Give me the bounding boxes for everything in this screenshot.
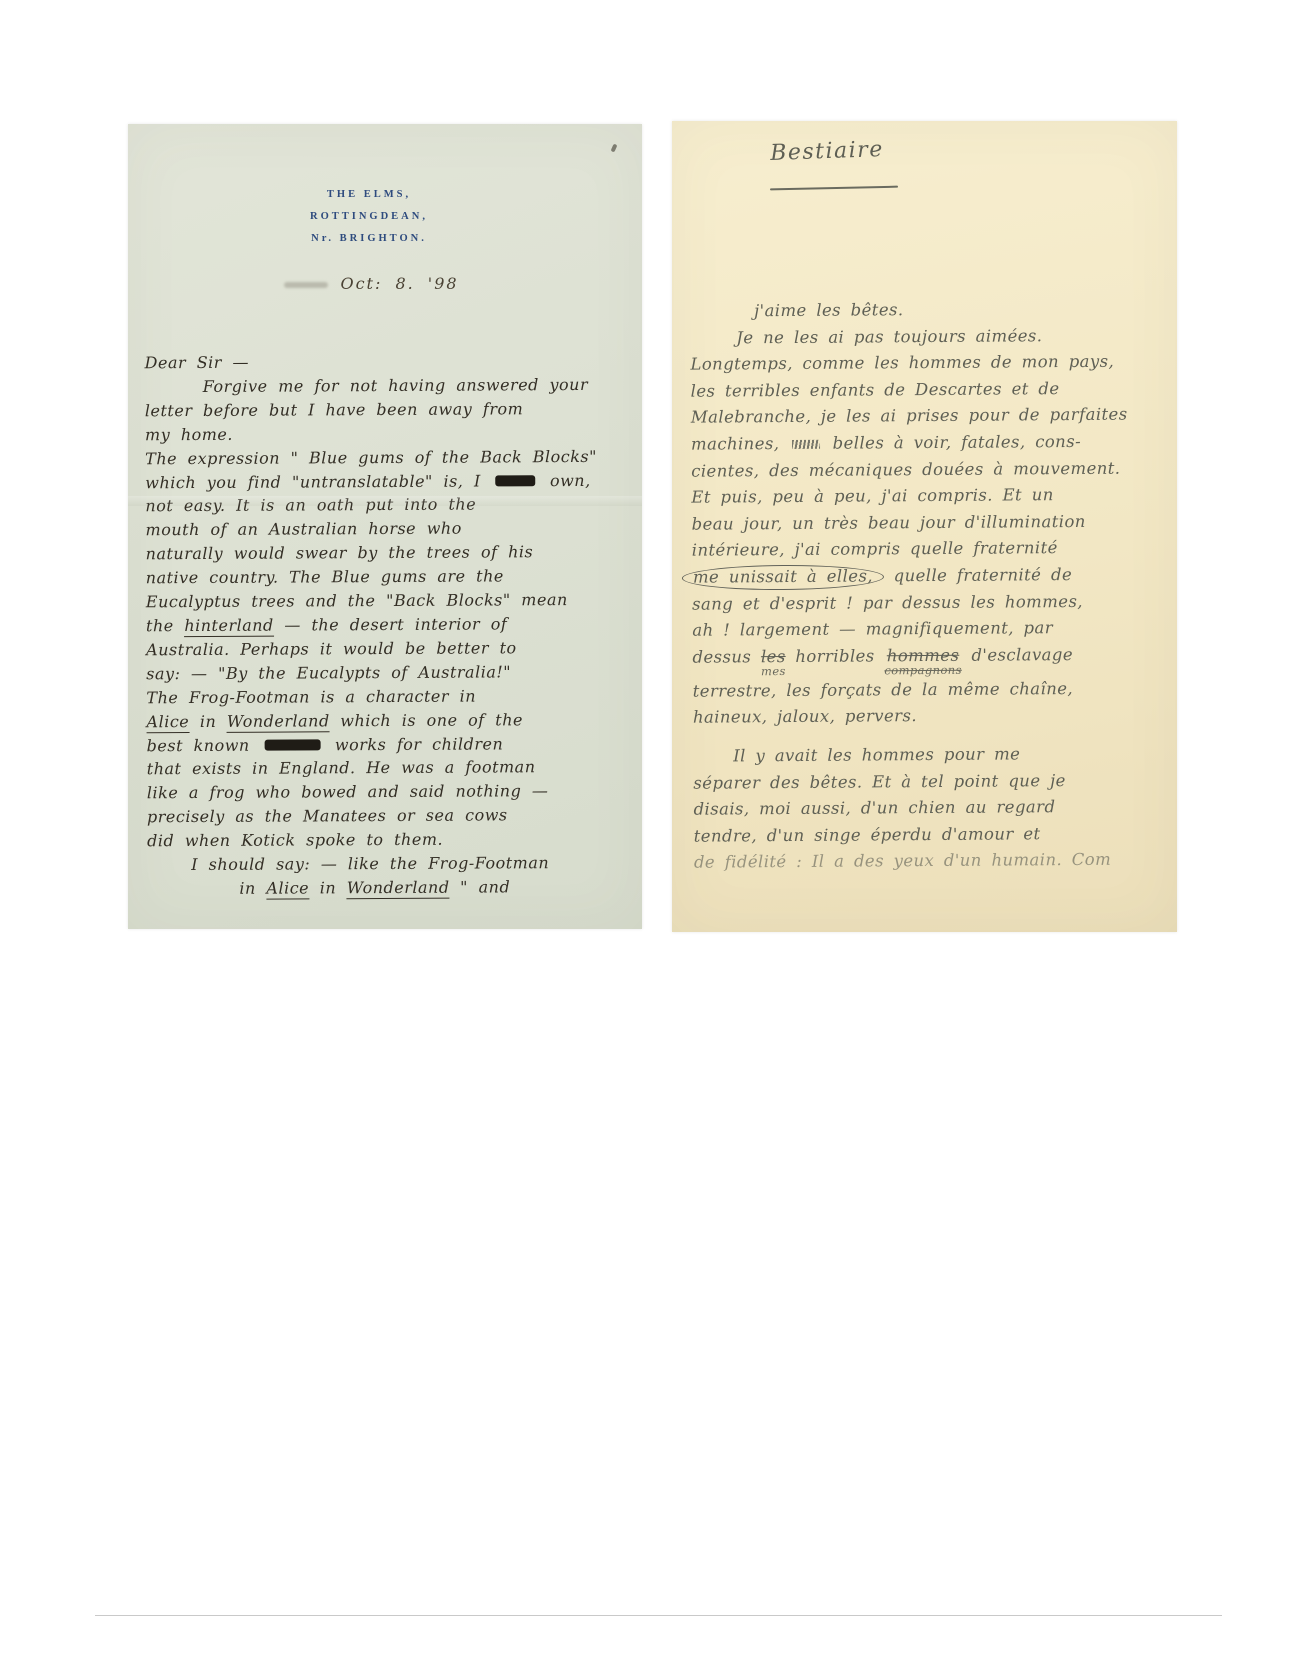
interlinear-word: mes [761, 664, 786, 678]
letter-line: mouth of an Australian horse who [145, 516, 627, 542]
line-segment: horribles [786, 646, 885, 666]
scribbled-out-word [792, 440, 820, 449]
letter-line: I should say: — like the Frog-Footman [147, 851, 629, 877]
line-segment: " and [450, 877, 511, 896]
line-segment: in [309, 878, 347, 897]
manuscript-line: terrestre, les forçats de la même chaîne… [693, 675, 1171, 705]
line-segment: quelle fraternité de [884, 565, 1072, 585]
manuscript-line: Je ne les ai pas toujours aimées. [690, 322, 1168, 352]
manuscript-line: les terribles enfants de Descartes et de [691, 375, 1169, 405]
letter-line: letter before but I have been away from [145, 397, 627, 423]
ink-blot [495, 475, 535, 486]
underlined-word: Alice [266, 878, 309, 899]
manuscript-line: tendre, d'un singe éperdu d'amour et [694, 820, 1172, 850]
letter-line: The Frog-Footman is a character in [146, 683, 628, 709]
circled-phrase: me unissait à elles, [682, 564, 884, 590]
line-segment: — the desert interior of [274, 614, 508, 634]
manuscript-line: Longtemps, comme les hommes de mon pays, [690, 349, 1168, 379]
manuscript-line: machines, belles à voir, fatales, cons- [691, 428, 1169, 458]
manuscript-line: intérieure, j'ai compris quelle fraterni… [692, 535, 1170, 565]
letterhead-line-2: ROTTINGDEAN, [128, 206, 610, 228]
letter-line: like a frog who bowed and said nothing — [147, 779, 629, 805]
manuscript-line: cientes, des mécaniques douées à mouveme… [691, 455, 1169, 485]
line-segment: d'esclavage [962, 645, 1073, 665]
manuscript-line: séparer des bêtes. Et à tel point que je [693, 767, 1171, 797]
struck-word: hommes [887, 649, 960, 664]
letter-line: say: — "By the Eucalypts of Australia!" [146, 660, 628, 686]
manuscript-line: Il y avait les hommes pour me [693, 740, 1171, 770]
manuscript-line: Et puis, peu à peu, j'ai compris. Et un [691, 481, 1169, 511]
correction-stack: lesmes [761, 650, 786, 678]
ink-blot [264, 739, 320, 750]
underlined-word: Wonderland [227, 711, 330, 733]
stray-ink-mark [611, 144, 618, 153]
correction-stack: hommescompagnons [884, 649, 962, 678]
manuscript-line: me unissait à elles, quelle fraternité d… [692, 561, 1170, 591]
letter-line: my home. [145, 420, 627, 446]
letter-line: Australia. Perhaps it would be better to [146, 636, 628, 662]
line-segment: machines, [691, 434, 789, 454]
line-segment: best known [147, 735, 261, 755]
struck-word: les [761, 650, 786, 664]
letter-body: Dear Sir — Forgive me for not having ans… [145, 349, 630, 901]
date-line: Oct: 8. '98 [284, 274, 459, 294]
letter-line: Forgive me for not having answered your [145, 373, 627, 399]
kipling-letter-page: THE ELMS, ROTTINGDEAN, Nr. BRIGHTON. Oct… [128, 124, 642, 929]
ink-smudge [284, 282, 328, 288]
line-segment: dessus [692, 647, 761, 666]
manuscript-title: Bestiaire [712, 135, 943, 168]
line-segment: works for children [324, 734, 503, 754]
bestiaire-manuscript-page: Bestiaire j'aime les bêtes. Je ne les ai… [672, 121, 1177, 932]
manuscript-body: j'aime les bêtes. Je ne les ai pas toujo… [690, 295, 1172, 876]
letter-line: not easy. It is an oath put into the [145, 492, 627, 518]
underlined-word: Alice [146, 712, 189, 733]
manuscript-line: disais, moi aussi, d'un chien au regard [693, 793, 1171, 823]
line-segment: own, [539, 470, 590, 489]
interlinear-word: compagnons [884, 663, 962, 678]
letter-line: the hinterland — the desert interior of [146, 612, 628, 638]
underlined-word: Wonderland [347, 878, 450, 900]
manuscript-line: ah ! largement — magnifiquement, par [692, 614, 1170, 644]
letter-line: that exists in England. He was a footman [147, 755, 629, 781]
letter-line: precisely as the Manatees or sea cows [147, 803, 629, 829]
manuscript-line: j'aime les bêtes. [690, 295, 1168, 325]
letter-line: did when Kotick spoke to them. [147, 827, 629, 853]
manuscript-line: de fidélité : Il a des yeux d'un humain.… [694, 847, 1172, 877]
line-segment: which you find "untranslatable" is, I [145, 471, 491, 492]
title-underline [770, 186, 898, 191]
line-segment: in [189, 711, 227, 730]
line-segment: the [146, 616, 184, 635]
letter-line: naturally would swear by the trees of hi… [146, 540, 628, 566]
letter-line: which you find "untranslatable" is, I ow… [145, 468, 627, 494]
letter-line: Dear Sir — [145, 349, 627, 375]
manuscript-line: sang et d'esprit ! par dessus les hommes… [692, 588, 1170, 618]
letter-line: in Alice in Wonderland " and [147, 875, 629, 901]
letter-line: The expression " Blue gums of the Back B… [145, 444, 627, 470]
letterhead-line-1: THE ELMS, [128, 184, 610, 206]
letter-line: native country. The Blue gums are the [146, 564, 628, 590]
line-segment: in [239, 879, 266, 898]
manuscript-line: dessus lesmes horribles hommescompagnons… [692, 641, 1170, 678]
letter-line: Alice in Wonderland which is one of the [146, 707, 628, 733]
letterhead-line-3: Nr. BRIGHTON. [128, 228, 610, 250]
manuscript-line: beau jour, un très beau jour d'illuminat… [691, 508, 1169, 538]
underlined-word: hinterland [184, 616, 274, 637]
letter-line: Eucalyptus trees and the "Back Blocks" m… [146, 588, 628, 614]
letterhead: THE ELMS, ROTTINGDEAN, Nr. BRIGHTON. [128, 184, 610, 250]
manuscript-line: haineux, jaloux, pervers. [693, 702, 1171, 732]
line-segment: which is one of the [330, 710, 523, 730]
line-segment: belles à voir, fatales, cons- [823, 432, 1081, 453]
manuscript-line: Malebranche, je les ai prises pour de pa… [691, 402, 1169, 432]
footer-rule [95, 1615, 1222, 1616]
letter-line: best known works for children [147, 731, 629, 757]
letter-date: Oct: 8. '98 [340, 274, 458, 293]
